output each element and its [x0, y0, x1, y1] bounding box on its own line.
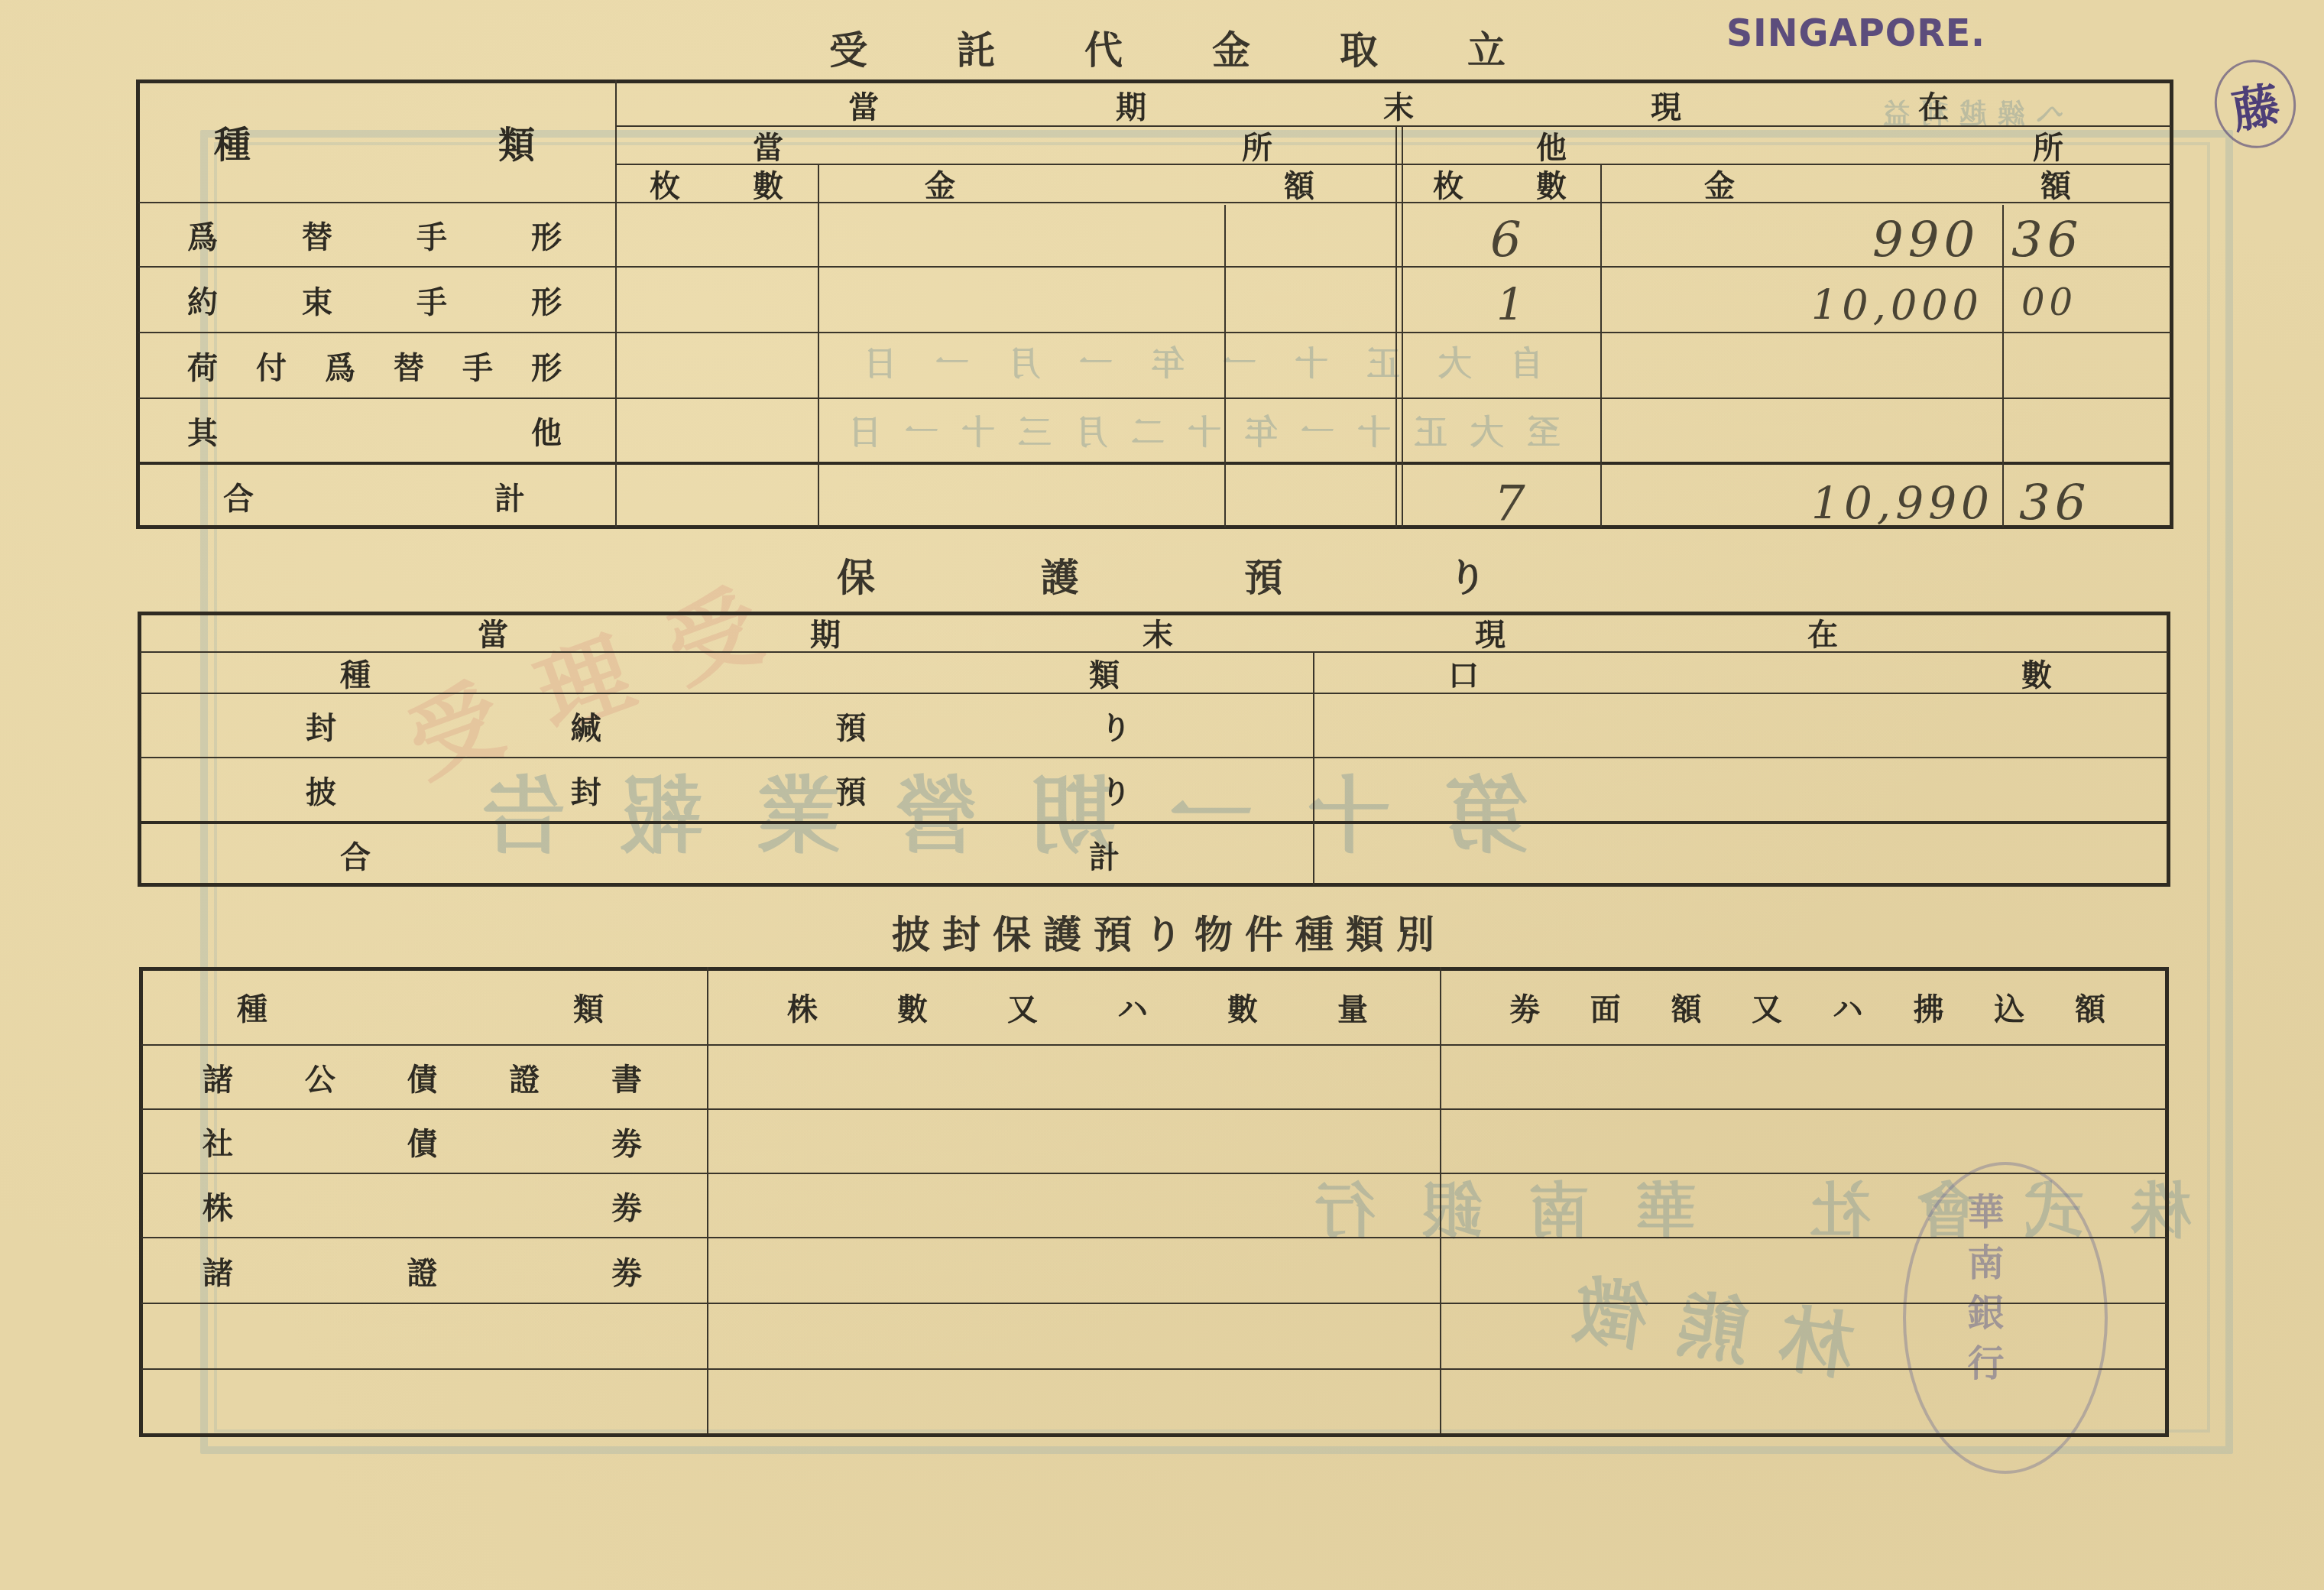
label-char: 手	[462, 344, 493, 388]
other-amount-promissory-notes: 10,000	[1811, 281, 1983, 329]
header-char: 期	[810, 611, 841, 654]
rule	[818, 164, 819, 527]
row-label-documentary-bills: 荷 付 爲 替 手 形	[187, 333, 562, 397]
label-char: 爲	[187, 213, 218, 257]
section1-title: 受 託 代 金 取 立	[829, 20, 1506, 75]
header-char: 又	[1752, 985, 1782, 1029]
label-char: 證	[407, 1249, 438, 1293]
label-char: 其	[187, 409, 218, 453]
header-char: 種	[340, 651, 371, 695]
header-char: 數	[897, 985, 928, 1029]
header-char: 金	[925, 162, 955, 206]
other-count-promissory-notes: 1	[1496, 278, 1529, 330]
title-char: 保	[837, 547, 875, 602]
label-char: 封	[571, 768, 601, 812]
title-char: 取	[1340, 20, 1378, 75]
header-our-amount: 金 額	[925, 165, 1314, 202]
label-char: 諸	[203, 1249, 233, 1293]
header-char: 當	[478, 611, 508, 654]
other-sen-promissory-notes: 00	[2021, 281, 2077, 324]
header-period: 當 期 末 現 在	[848, 84, 1949, 125]
title-char: 受	[829, 20, 867, 75]
title-char: 護	[1041, 547, 1079, 602]
label-char: 計	[1089, 833, 1120, 877]
header-char: 株	[787, 985, 818, 1029]
other-sen-total: 36	[2019, 475, 2090, 532]
header-char: 額	[1671, 985, 1701, 1029]
header-kind: 種 類	[214, 115, 535, 168]
title-char: 預	[1244, 547, 1282, 602]
header-char: 所	[2033, 124, 2063, 167]
row-label-corporate-bonds: 社 債 劵	[203, 1110, 642, 1173]
row-label-total: 合 計	[340, 824, 1120, 885]
label-char: 披	[306, 768, 336, 812]
header-char: 量	[1337, 985, 1368, 1029]
rule	[1313, 651, 1314, 885]
header-char: 金	[1704, 162, 1735, 206]
header-char: 類	[573, 985, 604, 1029]
label-char: 合	[223, 475, 254, 518]
header-char: 當	[848, 83, 879, 127]
label-char: 替	[302, 213, 332, 257]
label-char: 社	[203, 1120, 233, 1163]
rule	[2002, 205, 2004, 527]
header-char: 數	[1227, 985, 1258, 1029]
rule	[707, 967, 708, 1433]
other-count-bills-of-exchange: 6	[1490, 213, 1526, 269]
header-char: ハ	[1833, 985, 1863, 1029]
label-char: 劵	[611, 1184, 642, 1228]
header-char: 種	[214, 115, 251, 168]
header-char: 他	[1536, 124, 1567, 167]
header-char: 種	[237, 985, 267, 1029]
rule	[1600, 164, 1602, 527]
header-char: 額	[2075, 985, 2105, 1029]
label-char: 形	[531, 344, 562, 388]
label-char: り	[1100, 704, 1131, 748]
rule	[1224, 205, 1226, 527]
row-label-total: 合 計	[223, 465, 525, 527]
title-char: 託	[957, 20, 995, 75]
header-char: 枚	[1433, 162, 1463, 206]
row-label-promissory-notes: 約 束 手 形	[187, 268, 562, 332]
label-char: 付	[256, 344, 287, 388]
label-char: 荷	[187, 344, 218, 388]
other-amount-total: 10,990	[1811, 477, 1994, 529]
label-char: 緘	[571, 704, 601, 748]
row-label-open-custody: 披 封 預 り	[306, 758, 1131, 821]
header-char: 又	[1007, 985, 1038, 1029]
label-char: 他	[531, 409, 562, 453]
header-char: 口	[1448, 651, 1479, 695]
label-char: り	[1100, 768, 1131, 812]
label-char: 預	[835, 704, 866, 748]
header-char: 面	[1590, 985, 1621, 1029]
header-char: 劵	[1509, 985, 1540, 1029]
label-char: 書	[611, 1056, 642, 1099]
header-char: 枚	[650, 162, 680, 206]
header-char: 末	[1383, 83, 1414, 127]
header-char: 額	[1284, 162, 1314, 206]
row-label-other: 其 他	[187, 399, 562, 462]
label-char: 約	[187, 278, 218, 322]
label-char: 劵	[611, 1249, 642, 1293]
label-char: 封	[306, 704, 336, 748]
row-label-public-bonds: 諸 公 債 證 書	[203, 1046, 642, 1108]
label-char: 形	[531, 278, 562, 322]
header-char: 額	[2040, 162, 2071, 206]
header-kind: 種 類	[237, 982, 604, 1032]
title-char: 金	[1212, 20, 1250, 75]
label-char: 爲	[325, 344, 355, 388]
label-char: 束	[302, 278, 332, 322]
header-char: 當	[753, 124, 783, 167]
header-char: 類	[498, 115, 535, 168]
header-face-value: 劵 面 額 又 ハ 拂 込 額	[1509, 982, 2105, 1032]
header-period: 當 期 末 現 在	[478, 614, 1838, 651]
rule	[615, 79, 617, 527]
row-label-stocks: 株 劵	[203, 1174, 642, 1237]
title-char: 立	[1467, 20, 1506, 75]
section3-title: 披封保護預り物件種類別	[833, 904, 1506, 959]
label-char: 手	[417, 278, 447, 322]
row-label-bills-of-exchange: 爲 替 手 形	[187, 203, 562, 266]
header-quantity: 株 數 又 ハ 數 量	[787, 982, 1368, 1032]
label-char: 劵	[611, 1120, 642, 1163]
label-char: 形	[531, 213, 562, 257]
header-char: 在	[1807, 611, 1838, 654]
label-char: 計	[494, 475, 525, 518]
rule	[1440, 967, 1441, 1433]
label-char: 合	[340, 833, 371, 877]
header-kind: 種 類	[340, 653, 1120, 693]
header-other-office: 他 所	[1536, 127, 2063, 164]
header-count: 口 數	[1448, 653, 2052, 693]
label-char: 替	[394, 344, 424, 388]
header-char: 期	[1116, 83, 1146, 127]
label-char: 公	[305, 1056, 335, 1099]
header-our-count: 枚 數	[650, 165, 783, 202]
header-char: 數	[1536, 162, 1567, 206]
label-char: 證	[509, 1056, 540, 1099]
round-seal-char: 藤	[2226, 67, 2285, 141]
label-char: 預	[835, 768, 866, 812]
header-char: 現	[1651, 83, 1681, 127]
title-char: 代	[1084, 20, 1123, 75]
other-count-total: 7	[1494, 475, 1530, 532]
header-char: ハ	[1117, 985, 1148, 1029]
header-char: 數	[753, 162, 783, 206]
label-char: 株	[203, 1184, 233, 1228]
header-char: 現	[1475, 611, 1506, 654]
header-other-count: 枚 數	[1433, 165, 1567, 202]
rule	[141, 1368, 2167, 1370]
title-char: り	[1448, 547, 1486, 602]
header-our-office: 當 所	[753, 127, 1272, 164]
header-char: 在	[1918, 83, 1949, 127]
header-char: 數	[2021, 651, 2052, 695]
other-sen-bills-of-exchange: 36	[2011, 213, 2083, 269]
header-other-amount: 金 額	[1704, 165, 2071, 202]
singapore-stamp: SINGAPORE.	[1726, 11, 1985, 55]
row-label-other-securities: 諸 證 劵	[203, 1238, 642, 1303]
label-char: 諸	[203, 1056, 233, 1099]
header-char: 類	[1089, 651, 1120, 695]
label-char: 債	[407, 1056, 438, 1099]
header-char: 末	[1143, 611, 1173, 654]
row-label-sealed-custody: 封 緘 預 り	[306, 694, 1131, 757]
header-char: 所	[1242, 124, 1272, 167]
label-char: 債	[407, 1120, 438, 1163]
rule	[1395, 127, 1397, 527]
header-char: 込	[1994, 985, 2024, 1029]
rule	[1402, 127, 1403, 527]
header-char: 拂	[1914, 985, 1944, 1029]
rule	[141, 1303, 2167, 1304]
section2-title: 保 護 預 り	[837, 547, 1486, 602]
label-char: 手	[417, 213, 447, 257]
other-amount-bills-of-exchange: 990	[1872, 213, 1979, 269]
